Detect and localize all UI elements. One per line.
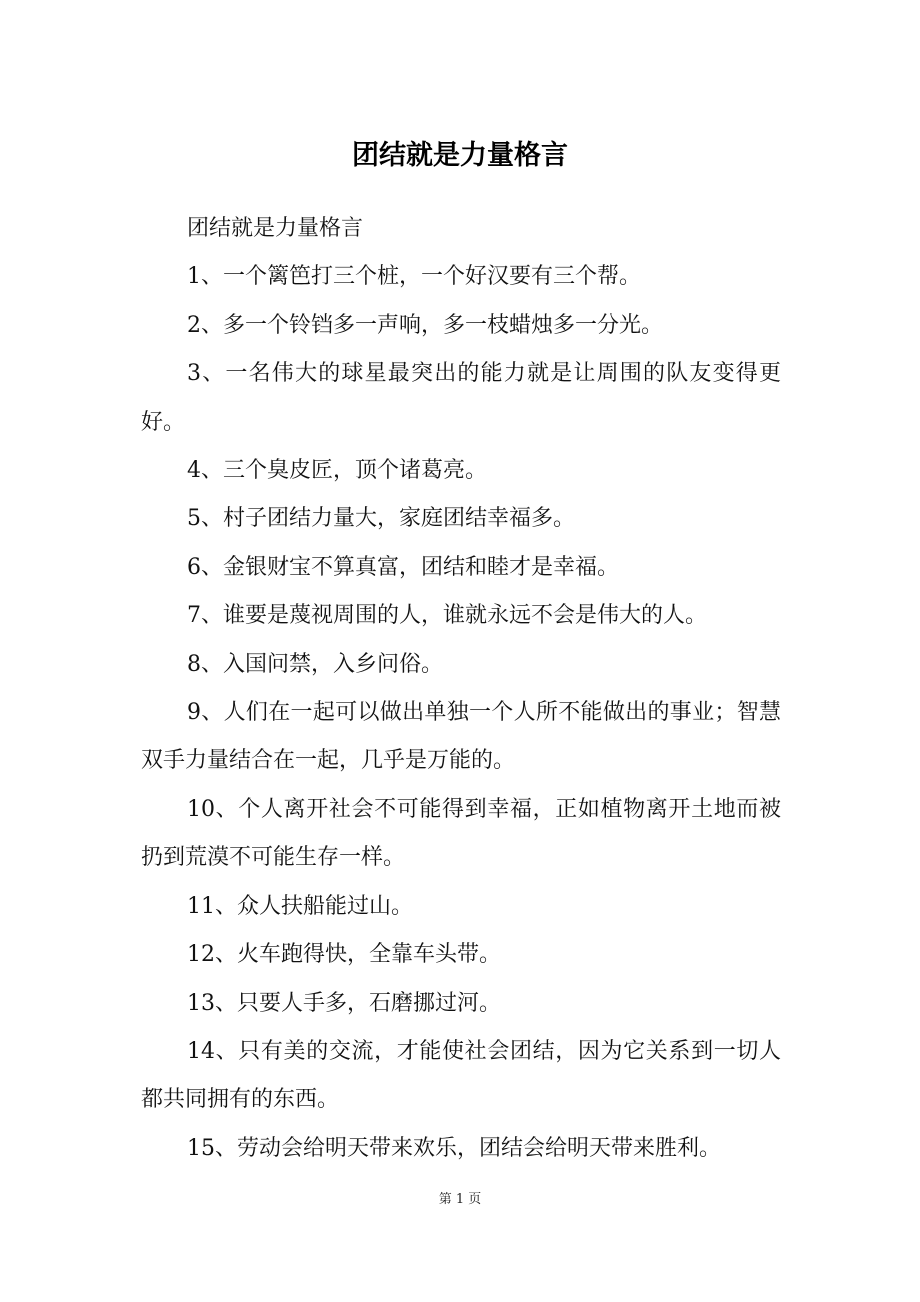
paragraph-quote-8: 8、入国问禁，入乡问俗。 — [141, 641, 781, 689]
paragraph-subtitle: 团结就是力量格言 — [141, 205, 781, 253]
paragraph-quote-10: 10、个人离开社会不可能得到幸福，正如植物离开土地而被扔到荒漠不可能生存一样。 — [141, 786, 781, 883]
paragraph-quote-14: 14、只有美的交流，才能使社会团结，因为它关系到一切人都共同拥有的东西。 — [141, 1028, 781, 1125]
paragraph-quote-4: 4、三个臭皮匠，顶个诸葛亮。 — [141, 447, 781, 495]
paragraph-quote-2: 2、多一个铃铛多一声响，多一枝蜡烛多一分光。 — [141, 302, 781, 350]
paragraph-quote-11: 11、众人扶船能过山。 — [141, 883, 781, 931]
paragraph-quote-1: 1、一个篱笆打三个桩，一个好汉要有三个帮。 — [141, 253, 781, 301]
document-body: 团结就是力量格言 1、一个篱笆打三个桩，一个好汉要有三个帮。 2、多一个铃铛多一… — [141, 205, 781, 1173]
document-page: 团结就是力量格言 团结就是力量格言 1、一个篱笆打三个桩，一个好汉要有三个帮。 … — [0, 0, 920, 1302]
page-number-footer: 第 1 页 — [0, 1190, 920, 1210]
paragraph-quote-5: 5、村子团结力量大，家庭团结幸福多。 — [141, 495, 781, 543]
paragraph-quote-9: 9、人们在一起可以做出单独一个人所不能做出的事业；智慧双手力量结合在一起，几乎是… — [141, 689, 781, 786]
paragraph-quote-3: 3、一名伟大的球星最突出的能力就是让周围的队友变得更好。 — [141, 350, 781, 447]
paragraph-quote-7: 7、谁要是蔑视周围的人，谁就永远不会是伟大的人。 — [141, 592, 781, 640]
paragraph-quote-15: 15、劳动会给明天带来欢乐，团结会给明天带来胜利。 — [141, 1125, 781, 1173]
paragraph-quote-12: 12、火车跑得快，全靠车头带。 — [141, 931, 781, 979]
paragraph-quote-13: 13、只要人手多，石磨挪过河。 — [141, 980, 781, 1028]
document-title: 团结就是力量格言 — [0, 136, 920, 176]
paragraph-quote-6: 6、金银财宝不算真富，团结和睦才是幸福。 — [141, 544, 781, 592]
